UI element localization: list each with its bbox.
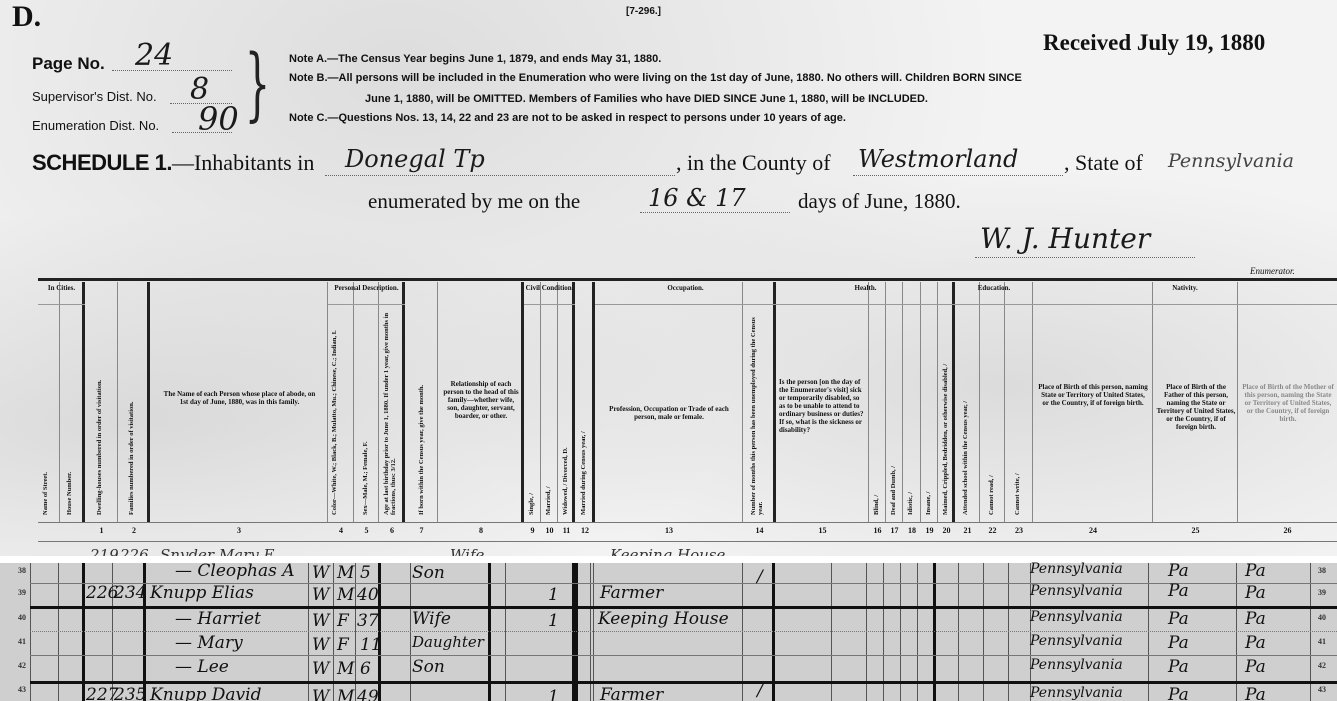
person-name: — Harriet: [175, 609, 261, 629]
header-c5: Sex—Male, M.; Female, F.: [362, 420, 369, 515]
birthplace: Pennsylvania: [1030, 685, 1123, 701]
note-b-line1: Note B.—All persons will be included in …: [289, 72, 1022, 84]
county-value: Westmorland: [858, 145, 1018, 173]
father-birthplace: Pa: [1168, 657, 1189, 677]
age: 11: [360, 635, 382, 655]
line-number: 41: [18, 637, 26, 646]
header-c6: Age at last birthday prior to June 1, 18…: [383, 310, 401, 515]
colnum-6: 6: [379, 526, 405, 535]
colnum-12: 12: [575, 526, 595, 535]
line-number-right: 39: [1318, 588, 1326, 597]
census-page: D. [7-296.] Received July 19, 1880 Page …: [0, 0, 1337, 701]
note-b-line2: June 1, 1880, will be OMITTED. Members o…: [365, 93, 928, 105]
header-c10: Married, /: [545, 465, 552, 515]
father-birthplace: Pa: [1168, 561, 1189, 581]
colnum-24: 24: [1033, 526, 1153, 535]
colnum-5: 5: [354, 526, 379, 535]
group-civil: Civil Condition.: [524, 284, 575, 305]
birthplace: Pennsylvania: [1030, 561, 1123, 577]
header-c2: Families numbered in order of visitation…: [128, 360, 135, 515]
colnum-16: 16: [869, 526, 886, 535]
schedule-title: SCHEDULE 1.: [32, 150, 172, 175]
header-c4: Color—White, W.; Black, B.; Mulatto, Mu.…: [331, 315, 349, 515]
form-number: [7-296.]: [626, 6, 661, 17]
header-c11: Widowed, / Divorced, D.: [562, 410, 569, 515]
occupation: Keeping House: [598, 609, 729, 629]
colnum-23: 23: [1005, 526, 1033, 535]
sex: M: [337, 659, 354, 679]
person-name: Knupp David: [150, 685, 261, 701]
colnum-25: 25: [1153, 526, 1238, 535]
enumerated-label: enumerated by me on the: [368, 189, 580, 214]
inhabitants-label: —Inhabitants in: [172, 150, 314, 175]
sex: F: [337, 635, 349, 655]
corner-letter: D.: [12, 0, 41, 34]
married-mark: 1: [548, 611, 559, 631]
colnum-1: 1: [85, 526, 118, 535]
group-nativity: Nativity.: [1033, 284, 1337, 305]
occupation: Farmer: [600, 685, 663, 701]
note-a: Note A.—The Census Year begins June 1, 1…: [289, 53, 661, 65]
partial-family: 226: [120, 548, 148, 556]
header-c23: Cannot write, /: [1014, 450, 1021, 515]
mother-birthplace: Pa: [1245, 583, 1266, 603]
sex: M: [337, 687, 354, 701]
birthplace: Pennsylvania: [1030, 583, 1123, 599]
header-c14: Number of months this person has been un…: [750, 310, 768, 515]
birthplace: Pennsylvania: [1030, 657, 1123, 673]
enumerator-signature: W. J. Hunter: [980, 222, 1150, 255]
father-birthplace: Pa: [1168, 633, 1189, 653]
color: W: [312, 585, 329, 605]
header-c26: Place of Birth of the Mother of this per…: [1241, 383, 1335, 423]
mother-birthplace: Pa: [1245, 685, 1266, 701]
days-value: 16 & 17: [648, 184, 746, 212]
family-number: 235: [114, 685, 146, 701]
state-value: Pennsylvania: [1168, 150, 1294, 172]
age: 6: [360, 659, 371, 679]
color: W: [312, 687, 329, 701]
group-in-cities: In Cities.: [38, 284, 85, 305]
note-c: Note C.—Questions Nos. 13, 14, 22 and 23…: [289, 112, 846, 124]
header-c18: Idiotic, /: [907, 470, 914, 515]
header-c9: Single, /: [528, 470, 535, 515]
mother-birthplace: Pa: [1245, 609, 1266, 629]
relationship: Wife: [412, 609, 451, 629]
occupation: Farmer: [600, 583, 663, 603]
page-no-label: Page No.: [32, 54, 105, 74]
header-c21: Attended school within the Census year, …: [962, 340, 969, 515]
color: W: [312, 563, 329, 583]
sex: M: [337, 563, 354, 583]
colnum-19: 19: [921, 526, 938, 535]
county-label: , in the County of: [676, 150, 831, 176]
relationship: Daughter: [412, 633, 484, 651]
header-house: House Number.: [66, 450, 73, 515]
partial-relationship: Wife: [450, 548, 520, 556]
enumerator-label: Enumerator.: [1250, 266, 1295, 276]
line-number-right: 41: [1318, 637, 1326, 646]
father-birthplace: Pa: [1168, 685, 1189, 701]
age: 40: [357, 585, 379, 605]
age: 5: [360, 563, 371, 583]
colnum-8: 8: [438, 526, 524, 535]
color: W: [312, 659, 329, 679]
supervisor-label: Supervisor's Dist. No.: [32, 89, 157, 104]
sex: M: [337, 585, 354, 605]
person-name: Knupp Elias: [150, 583, 254, 603]
header-c25: Place of Birth of the Father of this per…: [1156, 383, 1236, 431]
sex: F: [337, 611, 349, 631]
colnum-22: 22: [980, 526, 1005, 535]
colnum-14: 14: [743, 526, 776, 535]
group-education: Education.: [955, 284, 1033, 305]
group-occupation: Occupation.: [595, 284, 776, 305]
colnum-18: 18: [903, 526, 921, 535]
colnum-3: 3: [150, 526, 328, 535]
family-number: 234: [114, 583, 146, 603]
partial-dwelling: 219: [90, 548, 118, 556]
father-birthplace: Pa: [1168, 581, 1189, 601]
line-number-right: 40: [1318, 613, 1326, 622]
received-stamp: Received July 19, 1880: [1043, 30, 1265, 56]
header-c3: The Name of each Person whose place of a…: [162, 390, 317, 406]
line-number-right: 42: [1318, 661, 1326, 670]
page-no-value: 24: [135, 38, 173, 73]
partial-name: Snyder Mary E: [160, 548, 320, 556]
colnum-2: 2: [118, 526, 150, 535]
header-c24: Place of Birth of this person, naming St…: [1038, 383, 1148, 407]
table-top-rule: [38, 278, 1337, 281]
header-c13: Profession, Occupation or Trade of each …: [603, 405, 735, 421]
colnum-20: 20: [938, 526, 955, 535]
birthplace: Pennsylvania: [1030, 609, 1123, 625]
group-health: Health.: [776, 284, 955, 305]
partial-occupation: Keeping House: [610, 548, 730, 556]
header-c15: Is the person [on the day of the Enumera…: [779, 378, 867, 434]
township-value: Donegal Tp: [345, 145, 485, 173]
age: 37: [357, 611, 379, 631]
schedule-line: SCHEDULE 1.—Inhabitants in: [32, 150, 314, 176]
colnum-15: 15: [776, 526, 869, 535]
header-c16: Blind, /: [873, 470, 880, 515]
line-number-right: 43: [1318, 685, 1326, 694]
header-c22: Cannot read, /: [988, 450, 995, 515]
days-suffix: days of June, 1880.: [798, 189, 961, 214]
mother-birthplace: Pa: [1245, 561, 1266, 581]
header-c19: Insane, /: [925, 470, 932, 515]
header-c12: Married during Census year, /: [580, 390, 587, 515]
line-number: 40: [18, 613, 26, 622]
mother-birthplace: Pa: [1245, 657, 1266, 677]
person-name: — Mary: [175, 633, 243, 653]
colnum-4: 4: [328, 526, 354, 535]
months-unemployed: /: [757, 681, 763, 701]
colnum-17: 17: [886, 526, 903, 535]
months-unemployed: /: [757, 567, 763, 587]
line-number: 39: [18, 588, 26, 597]
relationship: Son: [412, 563, 445, 583]
data-rows: 38 — Cleophas A W M 5 Son / Pennsylvania…: [0, 563, 1337, 701]
line-number: 42: [18, 661, 26, 670]
enumeration-label: Enumeration Dist. No.: [32, 118, 159, 133]
relationship: Son: [412, 657, 445, 677]
age: 49: [357, 687, 379, 701]
col-13: [595, 282, 743, 522]
person-name: — Cleophas A: [175, 561, 295, 581]
person-name: — Lee: [175, 657, 229, 677]
enumeration-value: 90: [198, 100, 239, 138]
header-c8: Relationship of each person to the head …: [442, 380, 520, 420]
header-c20: Maimed, Crippled, Bedridden, or otherwis…: [942, 310, 949, 515]
header-c17: Deaf and Dumb, /: [890, 440, 897, 515]
color: W: [312, 635, 329, 655]
line-number: 38: [18, 566, 26, 575]
color: W: [312, 611, 329, 631]
mother-birthplace: Pa: [1245, 633, 1266, 653]
header-c1: Dwelling-houses numbered in order of vis…: [96, 330, 103, 515]
colnum-21: 21: [955, 526, 980, 535]
father-birthplace: Pa: [1168, 609, 1189, 629]
state-label: , State of: [1064, 150, 1143, 176]
brace: }: [245, 44, 270, 124]
colnum-26: 26: [1238, 526, 1337, 535]
header-street: Name of Street.: [42, 450, 49, 515]
colnum-13: 13: [595, 526, 743, 535]
colnum-7: 7: [405, 526, 438, 535]
line-number: 43: [18, 685, 26, 694]
header-c7: If born within the Census year, give the…: [418, 335, 425, 515]
married-mark: 1: [548, 687, 559, 701]
group-personal: Personal Description.: [328, 284, 405, 305]
colnum-11: 11: [558, 526, 575, 535]
birthplace: Pennsylvania: [1030, 633, 1123, 649]
line-number-right: 38: [1318, 566, 1326, 575]
colnum-10: 10: [541, 526, 558, 535]
married-mark: 1: [548, 585, 559, 605]
colnum-9: 9: [524, 526, 541, 535]
